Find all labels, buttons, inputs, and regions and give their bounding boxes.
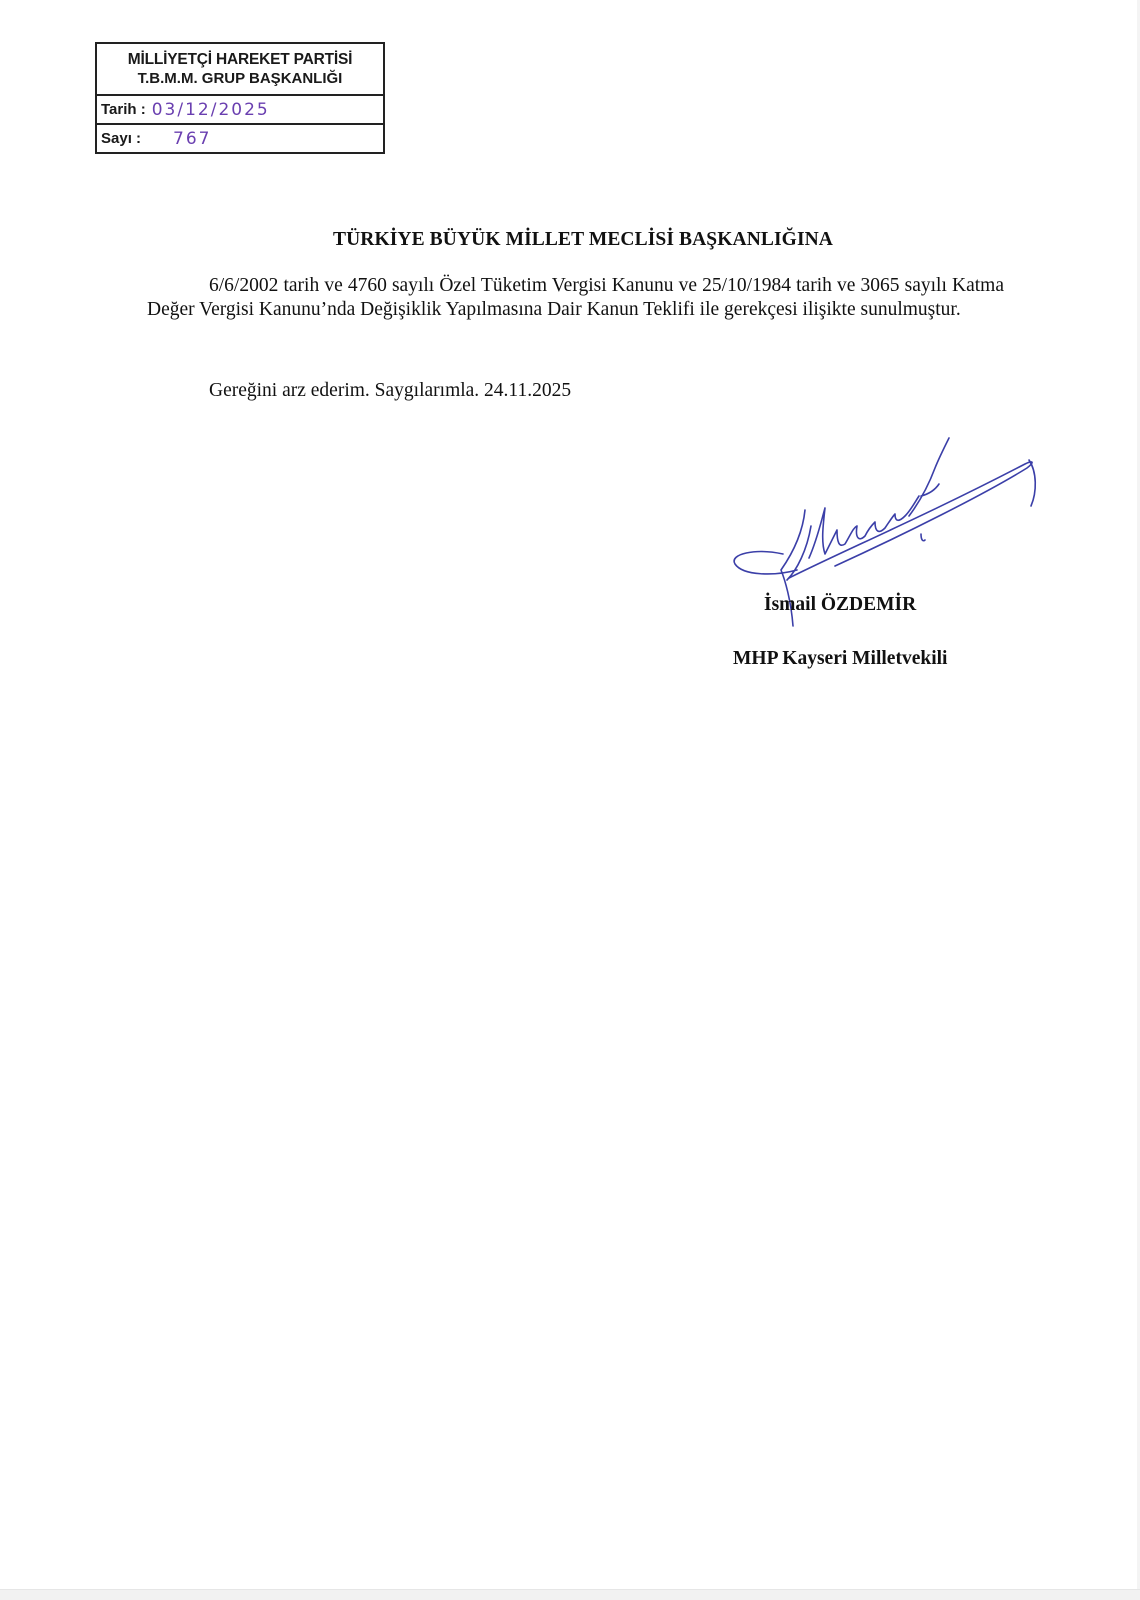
stamp-date-value: 03/12/2025 bbox=[152, 100, 270, 120]
document-page: MİLLİYETÇİ HAREKET PARTİSİ T.B.M.M. GRUP… bbox=[0, 0, 1140, 1600]
document-body: 6/6/2002 tarih ve 4760 sayılı Özel Tüket… bbox=[147, 274, 1004, 322]
stamp-org-line2: T.B.M.M. GRUP BAŞKANLIĞI bbox=[99, 69, 381, 88]
stamp-header: MİLLİYETÇİ HAREKET PARTİSİ T.B.M.M. GRUP… bbox=[97, 44, 383, 96]
document-title: TÜRKİYE BÜYÜK MİLLET MECLİSİ BAŞKANLIĞIN… bbox=[0, 229, 1140, 251]
stamp-number-row: Sayı : 767 bbox=[97, 125, 383, 152]
stamp-date-label: Tarih : bbox=[101, 101, 146, 118]
signer-name: İsmail ÖZDEMİR bbox=[764, 594, 916, 616]
stamp-number-value: 767 bbox=[173, 129, 211, 149]
signer-title: MHP Kayseri Milletvekili bbox=[733, 648, 947, 670]
document-closing: Gereğini arz ederim. Saygılarımla. 24.11… bbox=[209, 380, 571, 402]
stamp-org-line1: MİLLİYETÇİ HAREKET PARTİSİ bbox=[99, 50, 381, 69]
scan-edge-bottom bbox=[0, 1589, 1140, 1600]
registry-stamp: MİLLİYETÇİ HAREKET PARTİSİ T.B.M.M. GRUP… bbox=[95, 42, 385, 154]
stamp-number-label: Sayı : bbox=[101, 130, 141, 147]
stamp-date-row: Tarih : 03/12/2025 bbox=[97, 96, 383, 125]
